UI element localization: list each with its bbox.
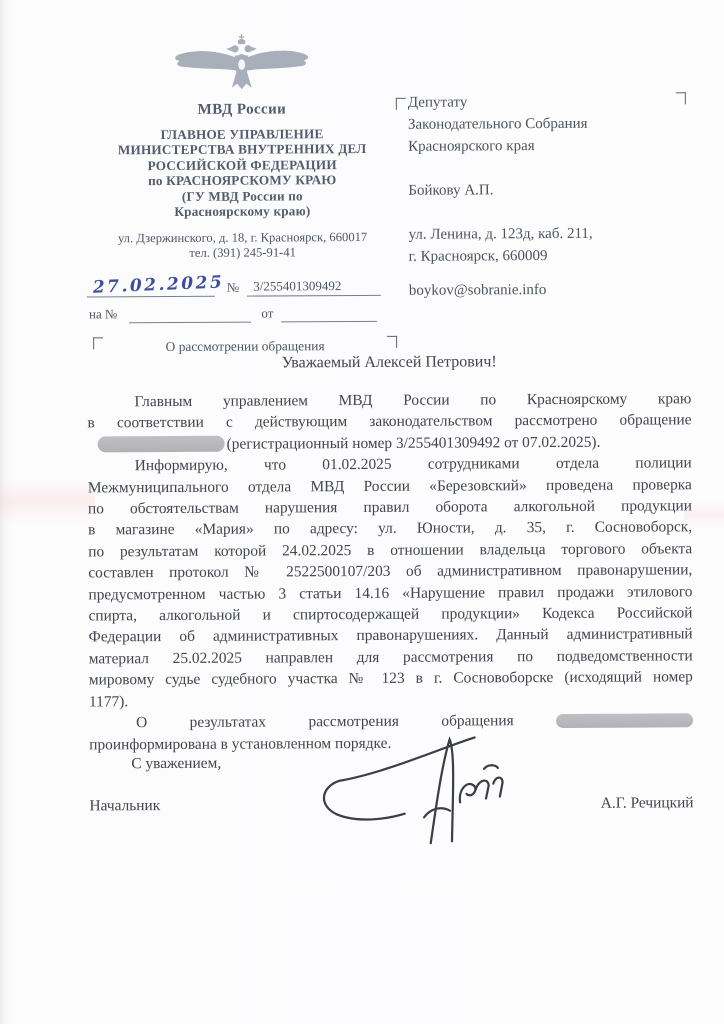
ref-from-label: от (261, 306, 273, 322)
org-line: Красноярскому краю) (86, 203, 398, 220)
body-line: мировому судье судебного участка № 123 в… (89, 667, 693, 692)
handwritten-date: 27.02.2025 (92, 273, 224, 298)
body-line: Информирую, что 01.02.2025 сотрудниками … (88, 452, 692, 477)
date-number-row: 27.02.2025 № 3/255401309492 (87, 270, 399, 298)
recipient-name: Бойкову А.П. (408, 178, 688, 201)
body-line: в соответствии с действующим законодател… (87, 410, 691, 435)
recipient-address-lines: Депутату Законодательного Собрания Красн… (408, 90, 689, 301)
org-line: МИНИСТЕРСТВА ВНУТРЕННИХ ДЕЛ (86, 141, 398, 158)
number-sign-label: № (227, 280, 239, 296)
body-line: Федерации об административных правонаруш… (89, 624, 693, 649)
org-address-street: ул. Дзержинского, д. 18, г. Красноярск, … (87, 230, 399, 247)
ref-in-blank-field (129, 308, 251, 324)
reference-row: на № от (87, 298, 399, 324)
recipient-org: Законодательного Собрания (408, 112, 688, 135)
recipient-email: boykov@sobranie.info (409, 278, 689, 301)
letter-body: Главным управлением МВД России по Красно… (87, 388, 693, 755)
org-line: по КРАСНОЯРСКОМУ КРАЮ (86, 172, 398, 189)
recipient-street: ул. Ленина, д. 123д, каб. 211, (408, 222, 688, 245)
recipient-title: Депутату (408, 90, 688, 113)
signer-position: Начальник (89, 797, 160, 815)
signer-name: А.Г. Речицкий (601, 794, 694, 812)
org-address: ул. Дзержинского, д. 18, г. Красноярск, … (87, 230, 399, 262)
scanned-letter-page: МВД России ГЛАВНОЕ УПРАВЛЕНИЕ МИНИСТЕРСТ… (0, 0, 724, 1024)
body-line: в магазине «Мария» по адресу: ул. Юности… (88, 517, 692, 542)
org-line: РОССИЙСКОЙ ФЕДЕРАЦИИ (86, 157, 398, 174)
org-line: (ГУ МВД России по (86, 187, 398, 204)
handwritten-signature (319, 721, 505, 867)
org-phone: тел. (391) 245-91-41 (87, 245, 399, 262)
outgoing-number: 3/255401309492 (247, 278, 381, 297)
subject-row: О рассмотрении обращения (87, 336, 399, 356)
mvd-double-headed-eagle-emblem (85, 33, 397, 101)
document-number-area: 27.02.2025 № 3/255401309492 на № от (87, 270, 399, 324)
body-line: предусмотренном частью 3 статьи 14.16 «Н… (88, 581, 692, 606)
recipient-region: Красноярского края (408, 134, 688, 157)
body-line: Межмуниципального отдела МВД России «Бер… (88, 474, 692, 499)
body-line: по обстоятельствам нарушения правил обор… (88, 495, 692, 520)
letterhead-block: МВД России ГЛАВНОЕ УПРАВЛЕНИЕ МИНИСТЕРСТ… (85, 33, 399, 356)
corner-bracket-left-icon (396, 98, 406, 110)
body-line: составлен протокол № 2522500107/203 об а… (88, 560, 692, 585)
letter-sheet: МВД России ГЛАВНОЕ УПРАВЛЕНИЕ МИНИСТЕРСТ… (0, 0, 724, 1024)
body-line: по результатам которой 24.02.2025 в отно… (88, 538, 692, 563)
org-line: ГЛАВНОЕ УПРАВЛЕНИЕ (86, 126, 398, 143)
ref-from-blank-field (281, 307, 377, 323)
spacer (408, 156, 688, 179)
body-line: спирта, алкогольной и спиртосодержащей п… (88, 602, 692, 627)
org-full-name: ГЛАВНОЕ УПРАВЛЕНИЕ МИНИСТЕРСТВА ВНУТРЕНН… (86, 126, 398, 220)
salutation: Уважаемый Алексей Петрович! (87, 352, 691, 373)
body-line: материал 25.02.2025 направлен для рассмо… (89, 645, 693, 670)
org-short-name: МВД России (86, 101, 398, 120)
recipient-block: Депутату Законодательного Собрания Красн… (396, 90, 689, 302)
body-line: 1177). (89, 688, 693, 713)
date-field: 27.02.2025 (87, 272, 215, 298)
corner-bracket-right-icon (676, 92, 686, 104)
corner-bracket-right-icon (387, 336, 397, 348)
corner-bracket-left-icon (93, 338, 103, 350)
subject-line: О рассмотрении обращения (166, 339, 325, 356)
redaction-box (98, 436, 225, 453)
spacer (408, 200, 688, 223)
ref-in-label: на № (89, 307, 117, 323)
body-line-text: (регистрационный номер 3/255401309492 от… (227, 434, 601, 453)
recipient-city: г. Красноярск, 660009 (409, 244, 689, 267)
redaction-box (556, 713, 693, 728)
closing-phrase: С уважением, (131, 755, 221, 773)
